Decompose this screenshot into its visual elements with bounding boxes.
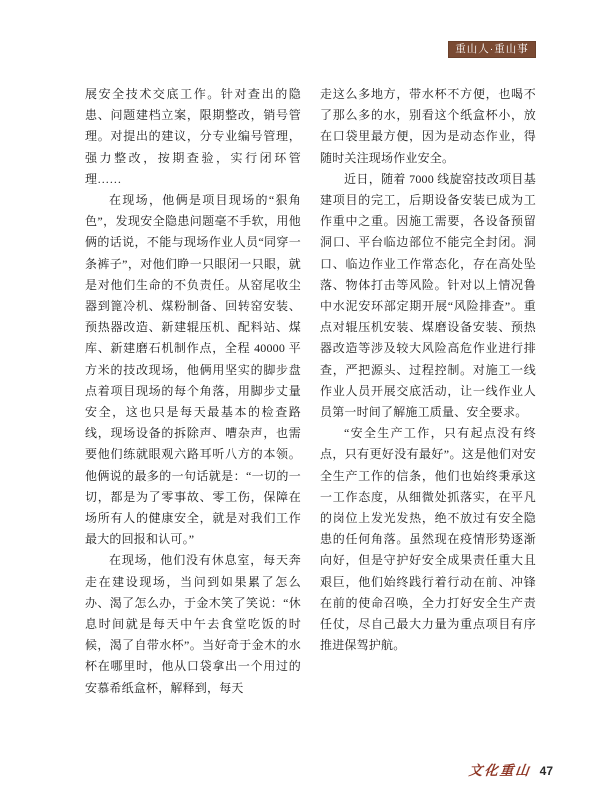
page-number: 47: [540, 764, 553, 778]
article-paragraph: 在现场，他们没有休息室，每天奔走在建设现场，当问到如果累了怎么办、渴了怎么办，于…: [85, 550, 301, 698]
article-columns: 展安全技术交底工作。针对查出的隐患、问题建档立案，限期整改，销号管理。对提出的建…: [85, 84, 536, 699]
magazine-page: 重山人·重山事 展安全技术交底工作。针对查出的隐患、问题建档立案，限期整改，销号…: [0, 0, 595, 808]
article-paragraph: 在现场，他俩是项目现场的“狠角色”，发现安全隐患问题毫不手软，用他俩的话说，不能…: [85, 190, 301, 550]
right-column: 走这么多地方，带水杯不方便，也喝不了那么多的水，别看这个纸盒杯小，放在口袋里最方…: [320, 84, 536, 699]
article-paragraph: 展安全技术交底工作。针对查出的隐患、问题建档立案，限期整改，销号管理。对提出的建…: [85, 84, 301, 190]
article-paragraph: “安全生产工作，只有起点没有终点，只有更好没有最好”。这是他们对安全生产工作的信…: [320, 423, 536, 656]
article-paragraph: 走这么多地方，带水杯不方便，也喝不了那么多的水，别看这个纸盒杯小，放在口袋里最方…: [320, 84, 536, 169]
article-paragraph: 近日，随着 7000 线旋窑技改项目基建项目的完工，后期设备安装已成为工作重中之…: [320, 169, 536, 423]
section-badge: 重山人·重山事: [448, 41, 536, 58]
left-column: 展安全技术交底工作。针对查出的隐患、问题建档立案，限期整改，销号管理。对提出的建…: [85, 84, 301, 699]
magazine-logo-calligraphy: 文化重山: [468, 759, 532, 779]
page-footer: 文化重山47: [0, 759, 553, 780]
